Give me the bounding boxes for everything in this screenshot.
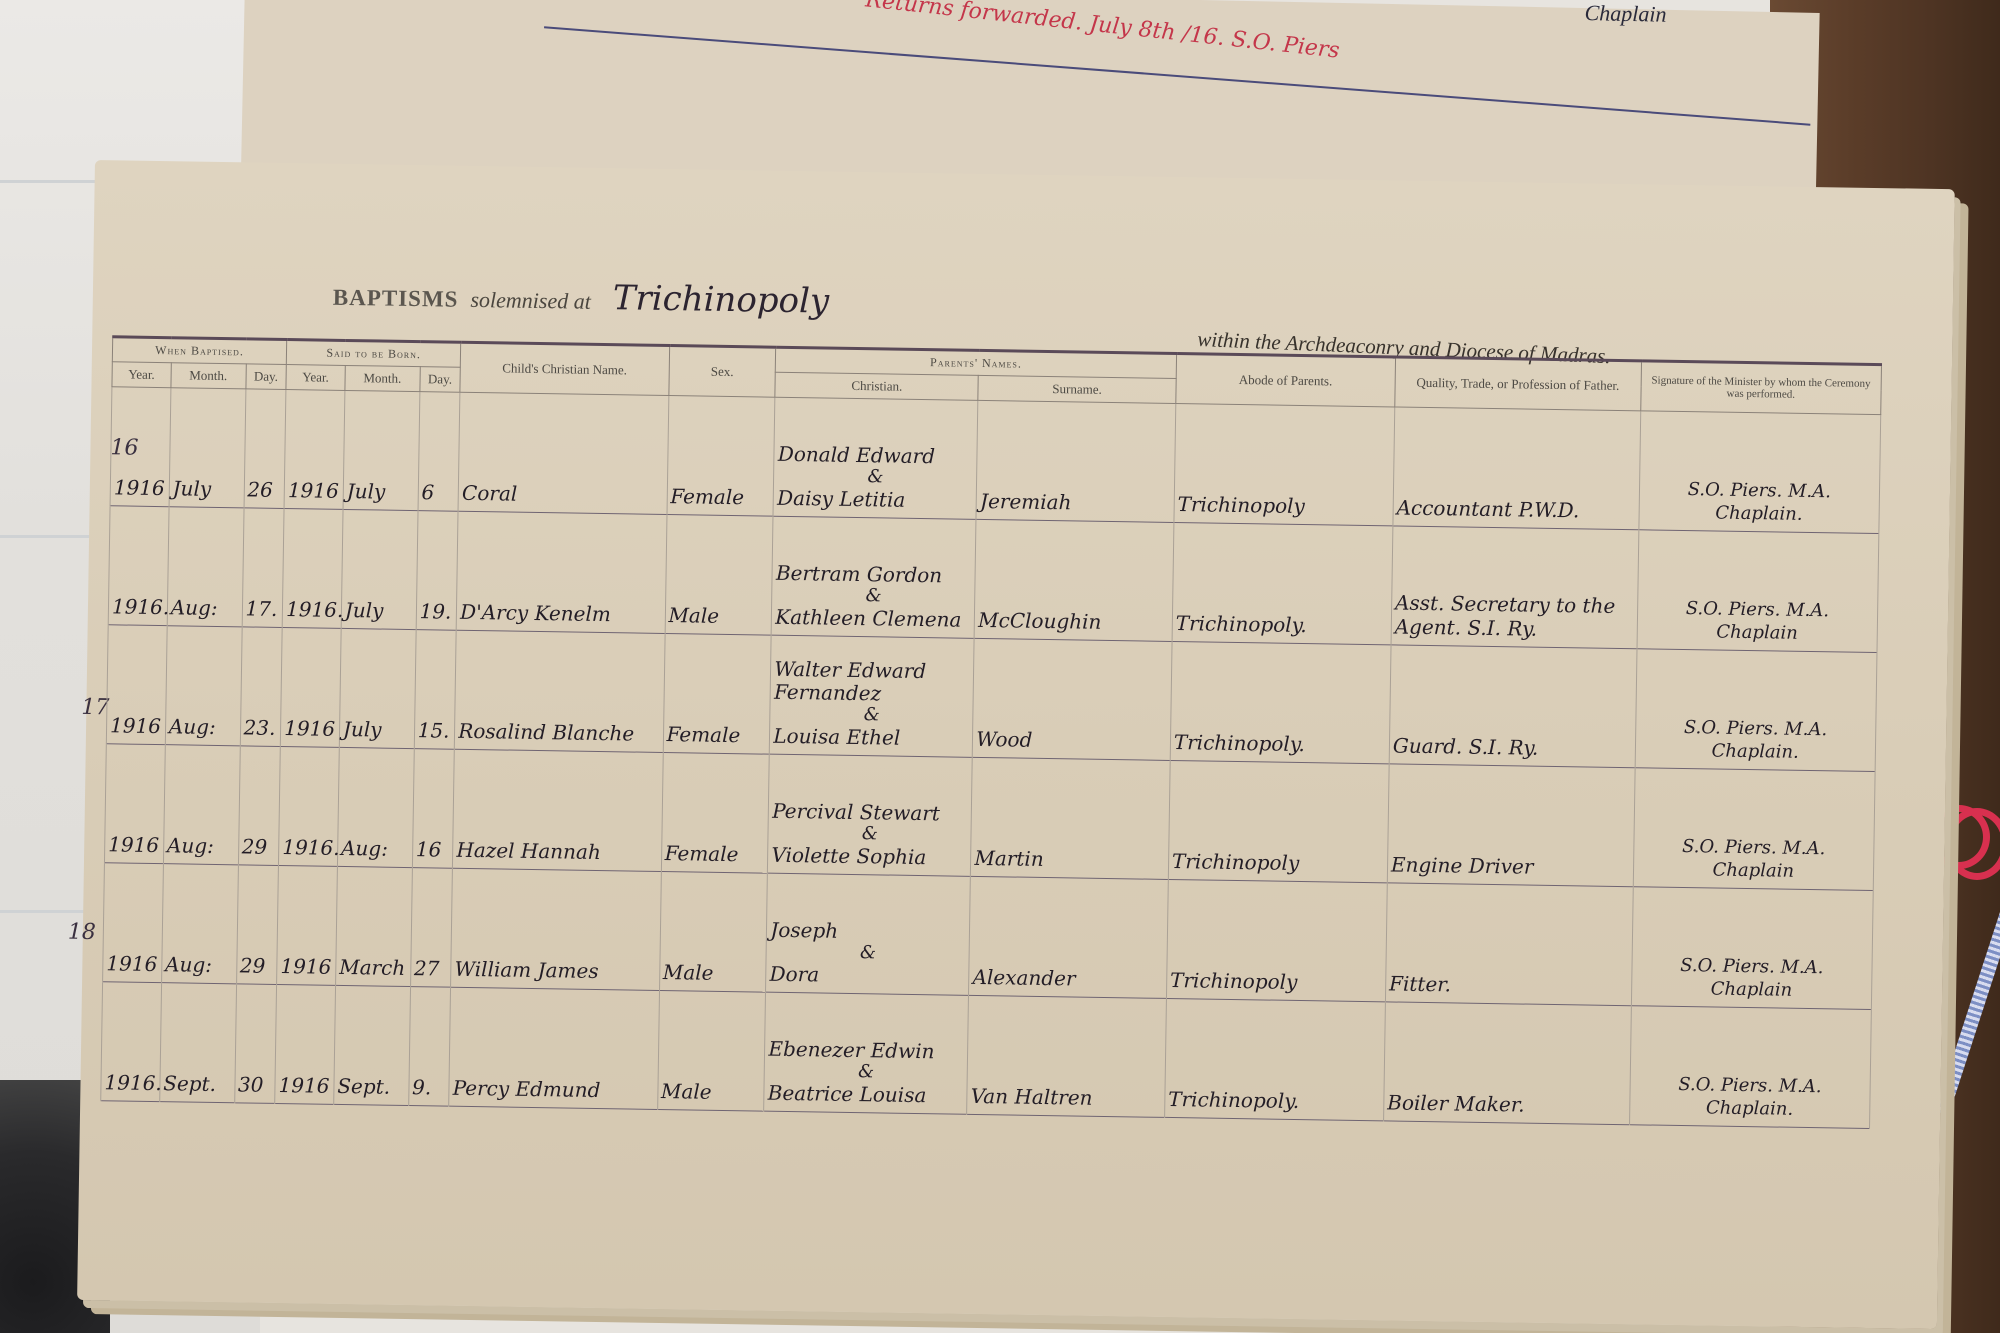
child-name: Rosalind Blanche xyxy=(455,630,665,752)
margin-number: 18 xyxy=(68,920,96,945)
profession: Fitter. xyxy=(1385,883,1633,1006)
title-baptisms: BAPTISMS xyxy=(333,285,459,312)
baptised-year: 1916 xyxy=(104,744,165,864)
baptised-year: 1916. xyxy=(101,982,162,1102)
profession: Engine Driver xyxy=(1387,764,1635,887)
header-when-baptised: When Baptised. xyxy=(112,337,286,365)
born-day: 9. xyxy=(408,987,450,1107)
born-year: 1916 xyxy=(280,627,341,747)
baptised-day: 26 xyxy=(244,389,286,509)
father-christian: Walter Edward Fernandez xyxy=(774,658,971,707)
born-year: 1916. xyxy=(282,509,343,629)
baptised-year: 1916 xyxy=(110,387,171,507)
baptism-register-table: When Baptised. Said to be Born. Child's … xyxy=(100,335,1882,1129)
header-born-day: Day. xyxy=(420,367,461,393)
sex: Male xyxy=(657,990,766,1111)
born-day: 19. xyxy=(416,511,458,631)
baptised-month: Aug: xyxy=(163,745,240,865)
born-year: 1916 xyxy=(284,390,345,510)
parents-christian: Bertram Gordon & Kathleen Clemena xyxy=(771,516,976,638)
header-surname: Surname. xyxy=(978,375,1176,403)
red-ink-note: Returns forwarded. July 8th /16. S.O. Pi… xyxy=(864,0,1341,64)
baptised-month: Aug: xyxy=(167,507,244,627)
signature-fragment: Chaplain xyxy=(1584,0,1666,28)
father-christian: Percival Stewart xyxy=(772,800,968,826)
born-day: 16 xyxy=(412,749,454,869)
child-name: D'Arcy Kenelm xyxy=(456,511,666,633)
profession: Accountant P.W.D. xyxy=(1393,407,1641,530)
born-month: July xyxy=(341,509,418,629)
minister-signature: S.O. Piers. M.A. Chaplain. xyxy=(1629,1006,1871,1129)
abode: Trichinopoly. xyxy=(1164,998,1385,1120)
abode: Trichinopoly. xyxy=(1170,641,1391,763)
abode: Trichinopoly. xyxy=(1172,522,1393,644)
sex: Male xyxy=(665,515,774,636)
minister-signature: S.O. Piers. M.A. Chaplain. xyxy=(1638,411,1880,534)
parents-christian: Ebenezer Edwin & Beatrice Louisa xyxy=(764,992,969,1114)
header-said-to-be-born: Said to be Born. xyxy=(286,340,460,368)
surname: Jeremiah xyxy=(976,400,1175,522)
minister-signature: S.O. Piers. M.A. Chaplain xyxy=(1637,530,1879,653)
abode: Trichinopoly xyxy=(1168,760,1389,882)
child-name: Percy Edmund xyxy=(449,987,659,1109)
place-name: Trichinopoly xyxy=(613,278,830,321)
baptised-day: 17. xyxy=(242,508,284,628)
born-day: 15. xyxy=(414,630,456,750)
header-child-name: Child's Christian Name. xyxy=(460,342,669,395)
sex: Male xyxy=(659,871,768,992)
mother-christian: Dora xyxy=(769,963,965,989)
baptised-day: 29 xyxy=(238,746,280,866)
born-month: July xyxy=(339,628,416,748)
surname: Van Haltren xyxy=(967,995,1166,1117)
child-name: Hazel Hannah xyxy=(453,749,663,871)
baptised-day: 29 xyxy=(236,865,278,985)
child-name: Coral xyxy=(458,392,668,514)
header-christian: Christian. xyxy=(775,372,978,400)
sex: Female xyxy=(661,752,770,873)
baptised-day: 23. xyxy=(240,627,282,747)
abode: Trichinopoly xyxy=(1174,404,1395,526)
profession: Guard. S.I. Ry. xyxy=(1389,645,1637,768)
header-born-month: Month. xyxy=(345,365,420,391)
header-abode: Abode of Parents. xyxy=(1176,354,1396,407)
minister-title: Chaplain xyxy=(1640,620,1874,646)
minister-signature: S.O. Piers. M.A. Chaplain xyxy=(1631,887,1873,1010)
father-christian: Bertram Gordon xyxy=(776,562,972,588)
minister-title: Chaplain xyxy=(1635,977,1869,1003)
mother-christian: Kathleen Clemena xyxy=(775,606,971,632)
baptised-day: 30 xyxy=(234,984,276,1104)
profession: Boiler Maker. xyxy=(1383,1002,1631,1125)
parents-christian: Percival Stewart & Violette Sophia xyxy=(768,754,973,876)
surname: Wood xyxy=(973,638,1172,760)
baptism-register-page: 16 17 18 BAPTISMS solemnised at Trichino… xyxy=(77,160,1955,1329)
header-profession: Quality, Trade, or Profession of Father. xyxy=(1395,357,1641,411)
baptised-month: Aug: xyxy=(161,864,238,984)
baptised-month: Aug: xyxy=(165,626,242,746)
header-sex: Sex. xyxy=(668,346,776,398)
parents-christian: Donald Edward & Daisy Letitia xyxy=(773,397,978,519)
baptised-month: July xyxy=(169,388,246,508)
mother-christian: Violette Sophia xyxy=(771,844,967,870)
header-baptised-month: Month. xyxy=(171,363,246,389)
rubber-band xyxy=(1945,808,2000,880)
minister-signature: S.O. Piers. M.A. Chaplain xyxy=(1633,768,1875,891)
abode: Trichinopoly xyxy=(1166,879,1387,1001)
mother-christian: Beatrice Louisa xyxy=(768,1082,964,1108)
born-year: 1916. xyxy=(279,746,340,866)
baptised-year: 1916 xyxy=(103,863,164,983)
born-year: 1916 xyxy=(275,984,336,1104)
father-christian: Ebenezer Edwin xyxy=(768,1038,964,1064)
sex: Female xyxy=(667,396,776,517)
born-month: Aug: xyxy=(337,747,414,867)
born-year: 1916 xyxy=(277,865,338,985)
surname: Martin xyxy=(971,757,1170,879)
surname: Alexander xyxy=(969,876,1168,998)
minister-title: Chaplain xyxy=(1636,858,1870,884)
header-baptised-day: Day. xyxy=(245,364,286,390)
child-name: William James xyxy=(451,868,661,990)
header-baptised-year: Year. xyxy=(112,362,171,388)
minister-signature: S.O. Piers. M.A. Chaplain. xyxy=(1635,649,1877,772)
header-born-year: Year. xyxy=(286,365,345,391)
parents-christian: Joseph & Dora xyxy=(766,873,971,995)
born-day: 6 xyxy=(418,392,460,512)
profession: Asst. Secretary to the Agent. S.I. Ry. xyxy=(1391,526,1639,649)
minister-title: Chaplain. xyxy=(1638,739,1872,765)
born-month: Sept. xyxy=(334,985,411,1105)
register-title: BAPTISMS solemnised at Trichinopoly xyxy=(333,274,830,322)
mother-christian: Daisy Letitia xyxy=(777,487,973,513)
sex: Female xyxy=(663,634,772,755)
born-month: July xyxy=(343,390,420,510)
mother-christian: Louisa Ethel xyxy=(773,725,969,751)
title-connector: solemnised at xyxy=(470,287,591,314)
minister-title: Chaplain. xyxy=(1633,1096,1867,1122)
baptised-year: 1916. xyxy=(108,506,169,626)
minister-title: Chaplain. xyxy=(1642,501,1876,527)
header-signature: Signature of the Minister by whom the Ce… xyxy=(1640,361,1881,415)
baptised-month: Sept. xyxy=(159,983,236,1103)
father-christian: Donald Edward xyxy=(778,443,974,469)
father-christian: Joseph xyxy=(770,919,966,945)
born-day: 27 xyxy=(410,868,452,988)
surname: McCloughin xyxy=(974,519,1173,641)
baptised-year: 1916 xyxy=(106,625,167,745)
born-month: March xyxy=(335,866,412,986)
parents-christian: Walter Edward Fernandez & Louisa Ethel xyxy=(770,635,975,757)
